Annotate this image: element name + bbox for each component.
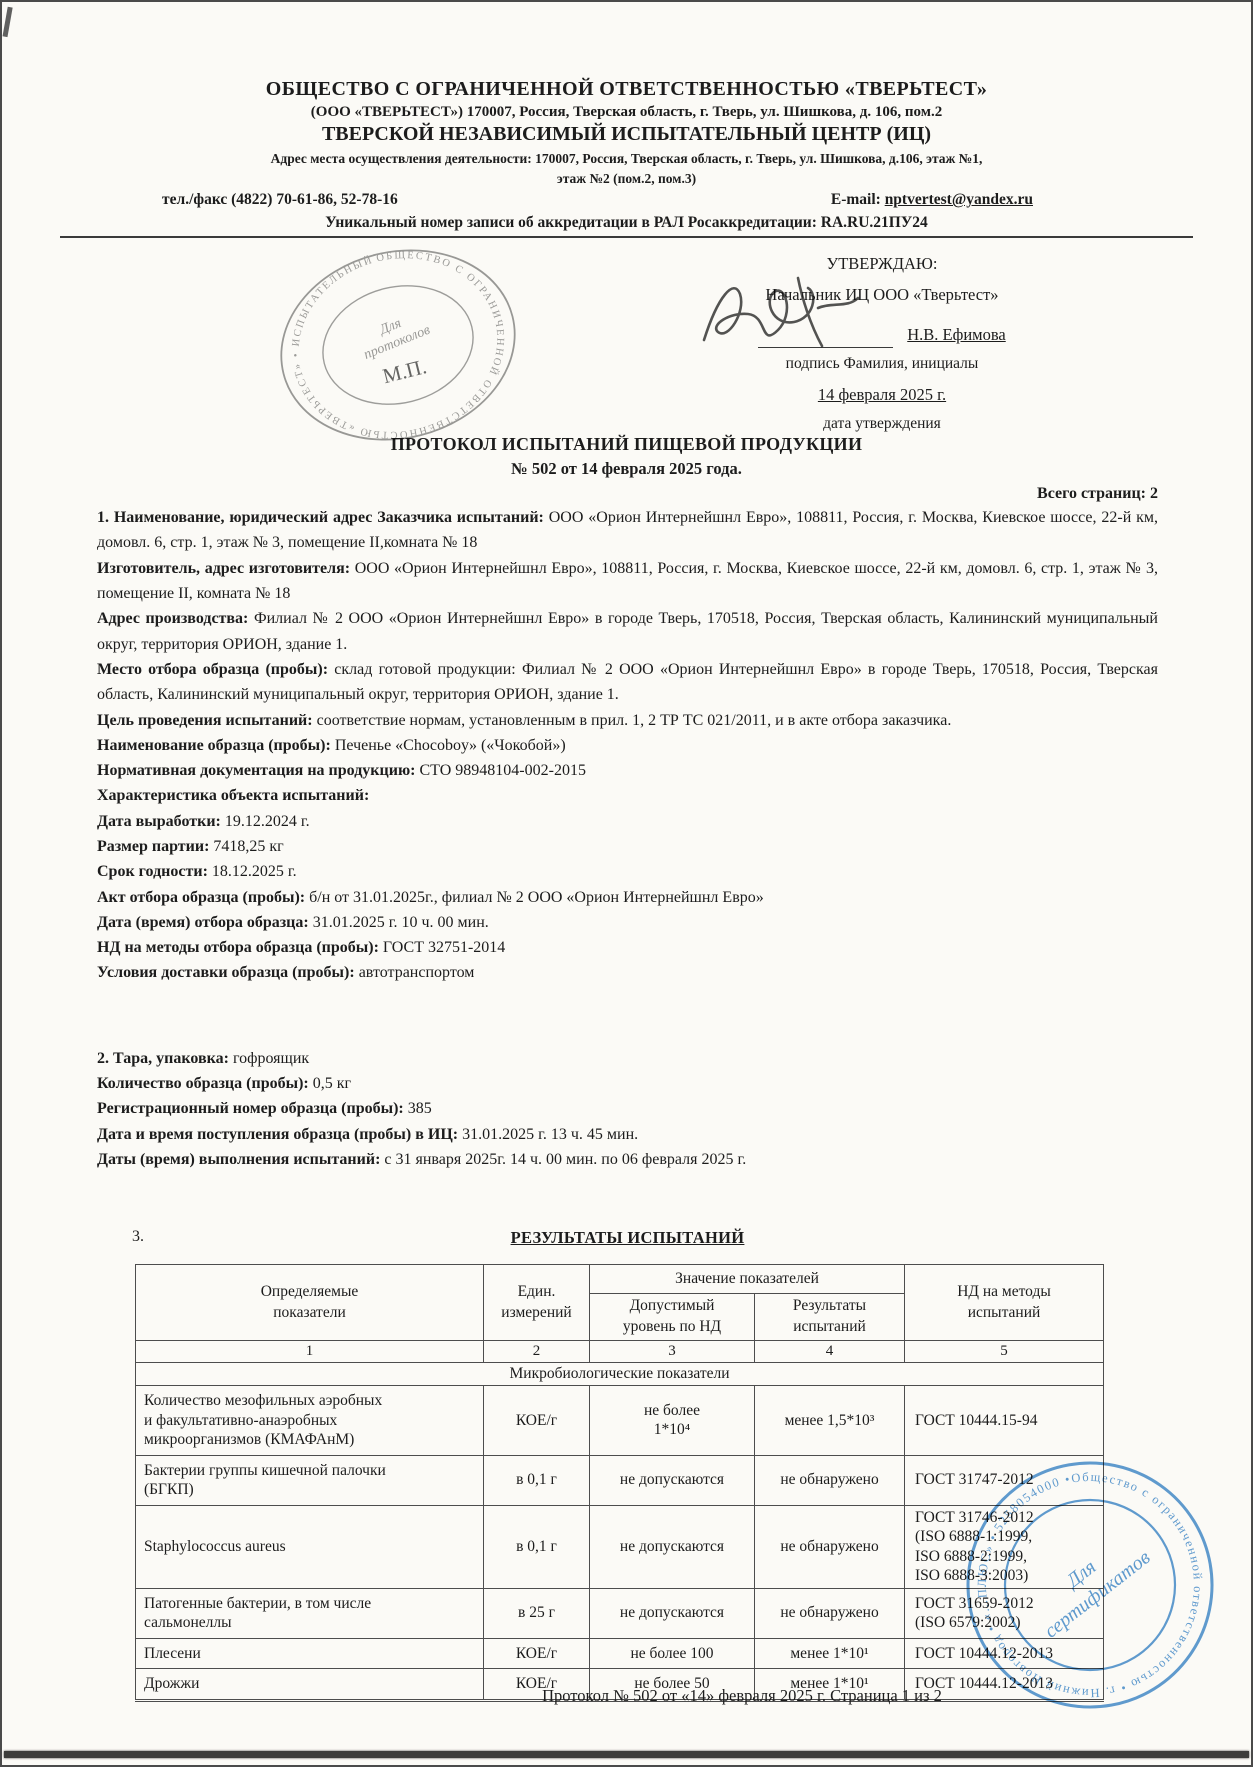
header-values-group: Значение показателей <box>590 1265 905 1294</box>
approval-date-caption: дата утверждения <box>647 412 1117 435</box>
field-value: 31.01.2025 г. 13 ч. 45 мин. <box>458 1126 638 1143</box>
header-allowed-level: Допустимый уровень по НД <box>590 1294 755 1341</box>
total-pages-note: Всего страниц: 2 <box>2 485 1251 503</box>
email-label: E-mail: <box>831 191 881 208</box>
document-paragraph: Даты (время) выполнения испытаний: с 31 … <box>97 1147 1158 1172</box>
document-paragraph: НД на методы отбора образца (пробы): ГОС… <box>97 935 1158 960</box>
field-label: Изготовитель, адрес изготовителя: <box>97 560 350 577</box>
activity-address: Адрес места осуществления деятельности: … <box>2 149 1251 188</box>
field-value: ГОСТ 32751-2014 <box>379 939 505 956</box>
scanned-protocol-page: ОБЩЕСТВО С ОГРАНИЧЕННОЙ ОТВЕТСТВЕННОСТЬЮ… <box>0 0 1253 1767</box>
document-paragraph: Адрес производства: Филиал № 2 ООО «Орио… <box>97 606 1158 657</box>
approval-date: 14 февраля 2025 г. <box>647 383 1117 408</box>
cell-result: не обнаружено <box>755 1505 905 1588</box>
cell-result: менее 1*10¹ <box>755 1638 905 1669</box>
activity-address-line1: Адрес места осуществления деятельности: … <box>2 149 1251 169</box>
document-paragraph: Количество образца (пробы): 0,5 кг <box>97 1071 1158 1096</box>
field-label: 1. Наименование, юридический адрес Заказ… <box>97 509 544 526</box>
field-label: Размер партии: <box>97 838 209 855</box>
cell-unit: в 25 г <box>484 1588 590 1638</box>
field-label: Нормативная документация на продукцию: <box>97 762 416 779</box>
field-label: Характеристика объекта испытаний: <box>97 787 369 804</box>
accreditation-number: Уникальный номер записи об аккредитации … <box>2 214 1251 232</box>
cell-parameter: Количество мезофильных аэробных и факуль… <box>136 1386 484 1456</box>
cell-unit: КОЕ/г <box>484 1386 590 1456</box>
cell-result: не обнаружено <box>755 1588 905 1638</box>
field-value: Филиал № 2 ООО «Орион Интернейшнл Евро» … <box>97 610 1158 652</box>
protocol-title: ПРОТОКОЛ ИСПЫТАНИЙ ПИЩЕВОЙ ПРОДУКЦИИ <box>2 434 1251 455</box>
table-section-label: Микробиологические показатели <box>136 1363 1104 1386</box>
field-label: Количество образца (пробы): <box>97 1075 309 1092</box>
col-number: 4 <box>755 1341 905 1363</box>
result-row: Количество мезофильных аэробных и факуль… <box>136 1386 1104 1456</box>
cell-result: менее 1,5*10³ <box>755 1386 905 1456</box>
org-address: (ООО «ТВЕРЬТЕСТ») 170007, Россия, Тверск… <box>2 104 1251 121</box>
email-address: nptvertest@yandex.ru <box>885 191 1033 208</box>
svg-text:Общество с ограниченной ответс: Общество с ограниченной ответственностью… <box>957 1452 1223 1719</box>
document-paragraph: Дата (время) отбора образца: 31.01.2025 … <box>97 910 1158 935</box>
field-label: 2. Тара, упаковка: <box>97 1050 229 1067</box>
field-label: Условия доставки образца (пробы): <box>97 964 355 981</box>
document-paragraph: 2. Тара, упаковка: гофроящик <box>97 1046 1158 1071</box>
section3-title: РЕЗУЛЬТАТЫ ИСПЫТАНИЙ <box>97 1228 1158 1248</box>
results-table-header: Определяемые показатели Един. измерений … <box>136 1265 1104 1386</box>
field-label: Наименование образца (пробы): <box>97 737 331 754</box>
field-value: Печенье «Chocoboy» («Чокобой») <box>331 737 566 754</box>
document-paragraph: Изготовитель, адрес изготовителя: ООО «О… <box>97 556 1158 607</box>
field-value: 7418,25 кг <box>209 838 283 855</box>
section1-customer-info: 1. Наименование, юридический адрес Заказ… <box>97 505 1158 986</box>
section3-heading-row: 3. РЕЗУЛЬТАТЫ ИСПЫТАНИЙ <box>97 1228 1158 1254</box>
field-label: Место отбора образца (пробы): <box>97 661 328 678</box>
field-value: 18.12.2025 г. <box>208 863 297 880</box>
protocol-number-date: № 502 от 14 февраля 2025 года. <box>2 459 1251 479</box>
field-label: Акт отбора образца (пробы): <box>97 889 305 906</box>
cell-unit: в 0,1 г <box>484 1455 590 1505</box>
field-value: 385 <box>404 1100 432 1117</box>
blue-certification-stamp: Общество с ограниченной ответственностью… <box>957 1451 1223 1719</box>
cell-method: ГОСТ 10444.15-94 <box>905 1386 1104 1456</box>
document-paragraph: Срок годности: 18.12.2025 г. <box>97 859 1158 884</box>
field-label: Адрес производства: <box>97 610 248 627</box>
field-label: Цель проведения испытаний: <box>97 712 313 729</box>
section2-sample-info: 2. Тара, упаковка: гофроящик Количество … <box>97 1046 1158 1172</box>
cell-unit: в 0,1 г <box>484 1505 590 1588</box>
test-center-name: ТВЕРСКОЙ НЕЗАВИСИМЫЙ ИСПЫТАТЕЛЬНЫЙ ЦЕНТР… <box>2 123 1251 146</box>
document-paragraph: 1. Наименование, юридический адрес Заказ… <box>97 505 1158 556</box>
col-number: 1 <box>136 1341 484 1363</box>
cell-unit: КОЕ/г <box>484 1638 590 1669</box>
phone-fax: тел./факс (4822) 70-61-86, 52-78-16 <box>162 191 398 209</box>
cell-allowed-level: не допускаются <box>590 1455 755 1505</box>
org-name: ОБЩЕСТВО С ОГРАНИЧЕННОЙ ОТВЕТСТВЕННОСТЬЮ… <box>2 78 1251 101</box>
cell-allowed-level: не более 100 <box>590 1638 755 1669</box>
document-paragraph: Акт отбора образца (пробы): б/н от 31.01… <box>97 885 1158 910</box>
blue-stamp-center-line2: сертификатов <box>1040 1546 1155 1642</box>
document-paragraph: Дата и время поступления образца (пробы)… <box>97 1122 1158 1147</box>
table-section-row: Микробиологические показатели <box>136 1363 1104 1386</box>
cell-parameter: Плесени <box>136 1638 484 1669</box>
document-paragraph: Цель проведения испытаний: соответствие … <box>97 708 1158 733</box>
field-label: Регистрационный номер образца (пробы): <box>97 1100 404 1117</box>
round-seal-stamp: ОБЩЕСТВО С ОГРАНИЧЕННОЙ ОТВЕТСТВЕННОСТЬЮ… <box>270 245 526 445</box>
document-paragraph: Дата выработки: 19.12.2024 г. <box>97 809 1158 834</box>
seal-mp-mark: М.П. <box>380 354 429 388</box>
field-value: гофроящик <box>229 1050 309 1067</box>
activity-address-line2: этаж №2 (пом.2, пом.3) <box>2 169 1251 189</box>
field-value: б/н от 31.01.2025г., филиал № 2 ООО «Ори… <box>305 889 764 906</box>
cell-parameter: Патогенные бактерии, в том числе сальмон… <box>136 1588 484 1638</box>
field-value: СТО 98948104-002-2015 <box>416 762 586 779</box>
field-label: НД на методы отбора образца (пробы): <box>97 939 379 956</box>
document-paragraph: Регистрационный номер образца (пробы): 3… <box>97 1096 1158 1121</box>
header-result: Результаты испытаний <box>755 1294 905 1341</box>
header-unit: Един. измерений <box>484 1265 590 1341</box>
cell-allowed-level: не более 1*10⁴ <box>590 1386 755 1456</box>
column-number-row: 1 2 3 4 5 <box>136 1341 1104 1363</box>
section3-number: 3. <box>132 1228 144 1246</box>
protocol-title-block: ПРОТОКОЛ ИСПЫТАНИЙ ПИЩЕВОЙ ПРОДУКЦИИ № 5… <box>2 434 1251 479</box>
field-label: Дата выработки: <box>97 813 221 830</box>
field-label: Дата и время поступления образца (пробы)… <box>97 1126 458 1143</box>
page-footer: Протокол № 502 от «14» февраля 2025 г. С… <box>242 1686 1242 1706</box>
approver-name: Н.В. Ефимова <box>907 323 1005 348</box>
handwritten-signature <box>690 268 875 363</box>
scan-edge-artifact <box>4 1751 1249 1758</box>
field-value: автотранспортом <box>355 964 475 981</box>
cell-allowed-level: не допускаются <box>590 1505 755 1588</box>
col-number: 5 <box>905 1341 1104 1363</box>
document-paragraph: Размер партии: 7418,25 кг <box>97 834 1158 859</box>
document-paragraph: Наименование образца (пробы): Печенье «C… <box>97 733 1158 758</box>
cell-allowed-level: не допускаются <box>590 1588 755 1638</box>
field-value: с 31 января 2025г. 14 ч. 00 мин. по 06 ф… <box>380 1151 746 1168</box>
field-value: 19.12.2024 г. <box>221 813 310 830</box>
letterhead: ОБЩЕСТВО С ОГРАНИЧЕННОЙ ОТВЕТСТВЕННОСТЬЮ… <box>2 2 1251 238</box>
field-label: Даты (время) выполнения испытаний: <box>97 1151 380 1168</box>
document-paragraph: Нормативная документация на продукцию: С… <box>97 758 1158 783</box>
header-divider <box>60 236 1193 238</box>
email-line: E-mail: nptvertest@yandex.ru <box>831 191 1033 209</box>
document-paragraph: Характеристика объекта испытаний: <box>97 783 1158 808</box>
contact-row: тел./факс (4822) 70-61-86, 52-78-16 E-ma… <box>2 188 1251 209</box>
cell-result: не обнаружено <box>755 1455 905 1505</box>
document-paragraph: Условия доставки образца (пробы): автотр… <box>97 960 1158 985</box>
header-method: НД на методы испытаний <box>905 1265 1104 1341</box>
field-label: Срок годности: <box>97 863 208 880</box>
field-label: Дата (время) отбора образца: <box>97 914 309 931</box>
col-number: 2 <box>484 1341 590 1363</box>
cell-parameter: Бактерии группы кишечной палочки (БГКП) <box>136 1455 484 1505</box>
header-parameter: Определяемые показатели <box>136 1265 484 1341</box>
col-number: 3 <box>590 1341 755 1363</box>
field-value: 31.01.2025 г. 10 ч. 00 мин. <box>309 914 489 931</box>
cell-parameter: Staphylococcus aureus <box>136 1505 484 1588</box>
blue-stamp-ring-text: Общество с ограниченной ответственностью… <box>957 1452 1223 1719</box>
field-value: соответствие нормам, установленным в при… <box>313 712 952 729</box>
document-paragraph: Место отбора образца (пробы): склад гото… <box>97 657 1158 708</box>
field-value: 0,5 кг <box>309 1075 351 1092</box>
